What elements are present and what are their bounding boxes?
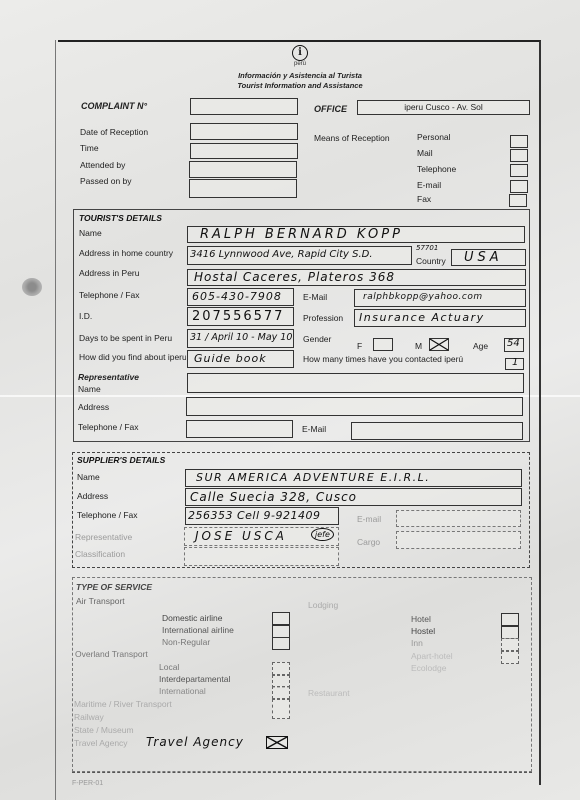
tourist-details-title: TOURIST'S DETAILS xyxy=(79,213,162,223)
non-regular-label: Non-Regular xyxy=(162,637,210,647)
air-transport-label: Air Transport xyxy=(76,596,125,606)
date-of-reception-label: Date of Reception xyxy=(80,127,148,137)
gender-m-label: M xyxy=(415,341,422,351)
attended-by-label: Attended by xyxy=(80,160,125,170)
overland-transport-label: Overland Transport xyxy=(75,649,148,659)
country-label: Country xyxy=(416,256,446,266)
travel-agency-checkbox[interactable] xyxy=(266,736,288,749)
hotel-checkbox[interactable] xyxy=(501,613,519,626)
local-checkbox[interactable] xyxy=(272,662,290,675)
gender-f-checkbox[interactable] xyxy=(373,338,393,351)
passed-on-by-field[interactable] xyxy=(189,179,297,198)
supplier-phone-field[interactable]: 256353 Cell 9-921409 xyxy=(185,507,339,525)
days-in-peru-label: Days to be spent in Peru xyxy=(79,333,172,343)
found-iperu-value: Guide book xyxy=(194,352,267,365)
means-personal-checkbox[interactable] xyxy=(510,135,528,148)
supplier-cargo-field[interactable] xyxy=(396,531,521,549)
form-title-es: Información y Asistencia al Turista xyxy=(0,71,580,80)
age-label: Age xyxy=(473,341,488,351)
zip-code-value: 57701 xyxy=(416,244,438,252)
complaint-label: COMPLAINT N° xyxy=(81,101,147,111)
supplier-classification-label: Classification xyxy=(75,549,125,559)
profession-label: Profession xyxy=(303,313,343,323)
supplier-phone-label: Telephone / Fax xyxy=(77,510,137,520)
time-label: Time xyxy=(80,143,99,153)
supplier-rep-note: jefe xyxy=(311,528,334,541)
supplier-rep-field[interactable]: JOSE USCA jefe xyxy=(184,527,339,546)
profession-value: Insurance Actuary xyxy=(359,311,485,324)
travel-agency-label: Travel Agency xyxy=(74,738,128,748)
supplier-address-label: Address xyxy=(77,491,108,501)
hotel-label: Hotel xyxy=(411,614,431,624)
rep-email-label: E-Mail xyxy=(302,424,326,434)
supplier-details-title: SUPPLIER'S DETAILS xyxy=(77,455,165,465)
profession-field[interactable]: Insurance Actuary xyxy=(354,309,526,327)
id-field[interactable]: 207556577 xyxy=(187,307,294,326)
supplier-email-label: E-mail xyxy=(357,514,381,524)
passed-on-by-label: Passed on by xyxy=(80,176,132,186)
supplier-rep-label: Representative xyxy=(75,532,132,542)
supplier-name-field[interactable]: SUR AMERICA ADVENTURE E.I.R.L. xyxy=(185,469,522,487)
home-address-field[interactable]: 3416 Lynnwood Ave, Rapid City S.D. xyxy=(187,246,412,265)
supplier-rep-value: JOSE USCA xyxy=(195,529,287,543)
home-address-label: Address in home country xyxy=(79,248,173,258)
representative-title: Representative xyxy=(78,372,139,382)
age-field[interactable]: 54 xyxy=(504,338,524,352)
supplier-name-label: Name xyxy=(77,472,100,482)
travel-agency-handwritten: Travel Agency xyxy=(146,735,244,749)
form-code: F-PER-01 xyxy=(72,780,103,787)
tourist-phone-value: 605-430-7908 xyxy=(192,290,282,303)
tourist-email-label: E-Mail xyxy=(303,292,327,302)
peru-address-value: Hostal Caceres, Plateros 368 xyxy=(194,270,395,284)
iperu-logo: i perú xyxy=(290,45,310,67)
office-label: OFFICE xyxy=(314,104,347,114)
days-in-peru-field[interactable]: 31 / April 10 - May 10 xyxy=(187,329,294,348)
peru-address-field[interactable]: Hostal Caceres, Plateros 368 xyxy=(187,269,526,286)
inn-label: Inn xyxy=(411,638,423,648)
rep-phone-field[interactable] xyxy=(186,420,293,438)
binder-hole xyxy=(22,278,42,296)
supplier-cargo-label: Cargo xyxy=(357,537,380,547)
supplier-classification-field[interactable] xyxy=(184,547,339,566)
supplier-phone-value: 256353 Cell 9-921409 xyxy=(188,509,321,522)
means-mail-label: Mail xyxy=(417,148,433,158)
local-label: Local xyxy=(159,662,179,672)
supplier-address-field[interactable]: Calle Suecia 328, Cusco xyxy=(185,488,522,506)
inn-checkbox[interactable] xyxy=(501,638,519,651)
left-margin-line xyxy=(55,40,56,800)
tourist-name-value: RALPH BERNARD KOPP xyxy=(200,227,403,242)
state-museum-label: State / Museum xyxy=(74,725,134,735)
gender-m-checkbox[interactable] xyxy=(429,338,449,351)
international-airline-label: International airline xyxy=(162,625,234,635)
maritime-label: Maritime / River Transport xyxy=(74,699,172,709)
time-field[interactable] xyxy=(190,143,298,159)
international-overland-label: International xyxy=(159,686,206,696)
international-overland-checkbox[interactable] xyxy=(272,686,290,699)
tourist-name-label: Name xyxy=(79,228,102,238)
age-value: 54 xyxy=(507,338,520,349)
contacts-label: How many times have you contacted iperú xyxy=(303,354,463,364)
contacts-field[interactable]: 1 xyxy=(505,358,524,370)
apart-hotel-label: Apart-hotel xyxy=(411,651,453,661)
extra-overland-checkbox[interactable] xyxy=(272,699,290,719)
attended-by-field[interactable] xyxy=(189,161,297,178)
lodging-label: Lodging xyxy=(308,600,338,610)
means-mail-checkbox[interactable] xyxy=(510,149,528,162)
footer-divider xyxy=(72,772,532,774)
tourist-email-field[interactable]: ralphbkopp@yahoo.com xyxy=(354,289,526,307)
tourist-phone-field[interactable]: 605-430-7908 xyxy=(187,288,294,306)
tourist-phone-label: Telephone / Fax xyxy=(79,290,139,300)
domestic-airline-label: Domestic airline xyxy=(162,613,222,623)
logo-text: perú xyxy=(290,61,310,67)
restaurant-label: Restaurant xyxy=(308,688,350,698)
tourist-name-field[interactable]: RALPH BERNARD KOPP xyxy=(187,226,525,243)
gender-f-label: F xyxy=(357,341,362,351)
home-address-value: 3416 Lynnwood Ave, Rapid City S.D. xyxy=(190,249,373,260)
type-of-service-section xyxy=(72,577,532,772)
means-of-reception-label: Means of Reception xyxy=(314,133,390,143)
means-telephone-label: Telephone xyxy=(417,164,456,174)
office-field[interactable]: iperu Cusco - Av. Sol xyxy=(357,100,530,115)
railway-label: Railway xyxy=(74,712,104,722)
contacts-value: 1 xyxy=(512,357,519,368)
country-field[interactable]: USA xyxy=(451,249,526,266)
means-telephone-checkbox[interactable] xyxy=(510,164,528,177)
type-of-service-title: TYPE OF SERVICE xyxy=(76,582,152,592)
days-in-peru-value: 31 / April 10 - May 10 xyxy=(190,332,292,343)
interdepartamental-label: Interdepartamental xyxy=(159,674,230,684)
supplier-email-field[interactable] xyxy=(396,510,521,527)
domestic-airline-checkbox[interactable] xyxy=(272,612,290,625)
found-iperu-field[interactable]: Guide book xyxy=(187,350,294,368)
complaint-number-field[interactable] xyxy=(190,98,298,115)
means-personal-label: Personal xyxy=(417,132,451,142)
supplier-address-value: Calle Suecia 328, Cusco xyxy=(190,490,357,504)
apart-hotel-checkbox[interactable] xyxy=(501,651,519,664)
cross-mark-icon xyxy=(429,338,449,351)
date-of-reception-field[interactable] xyxy=(190,123,298,140)
peru-address-label: Address in Peru xyxy=(79,268,139,278)
tourist-email-value: ralphbkopp@yahoo.com xyxy=(363,292,483,302)
rep-phone-label: Telephone / Fax xyxy=(78,422,138,432)
rep-name-field[interactable] xyxy=(187,373,524,393)
hostel-label: Hostel xyxy=(411,626,435,636)
id-value: 207556577 xyxy=(192,309,284,324)
info-icon: i xyxy=(292,45,308,61)
cross-mark-icon xyxy=(266,736,288,749)
means-fax-checkbox[interactable] xyxy=(509,194,527,207)
non-regular-checkbox[interactable] xyxy=(272,637,290,650)
ecolodge-label: Ecolodge xyxy=(411,663,446,673)
found-iperu-label: How did you find about iperu xyxy=(79,352,186,362)
means-email-checkbox[interactable] xyxy=(510,180,528,193)
rep-address-label: Address xyxy=(78,402,109,412)
country-value: USA xyxy=(464,250,503,265)
means-fax-label: Fax xyxy=(417,194,431,204)
rep-address-field[interactable] xyxy=(186,397,523,416)
supplier-name-value: SUR AMERICA ADVENTURE E.I.R.L. xyxy=(196,471,430,484)
rep-name-label: Name xyxy=(78,384,101,394)
rep-email-field[interactable] xyxy=(351,422,523,440)
id-label: I.D. xyxy=(79,311,92,321)
means-email-label: E-mail xyxy=(417,180,441,190)
form-title-en: Tourist Information and Assistance xyxy=(0,81,580,90)
gender-label: Gender xyxy=(303,334,331,344)
